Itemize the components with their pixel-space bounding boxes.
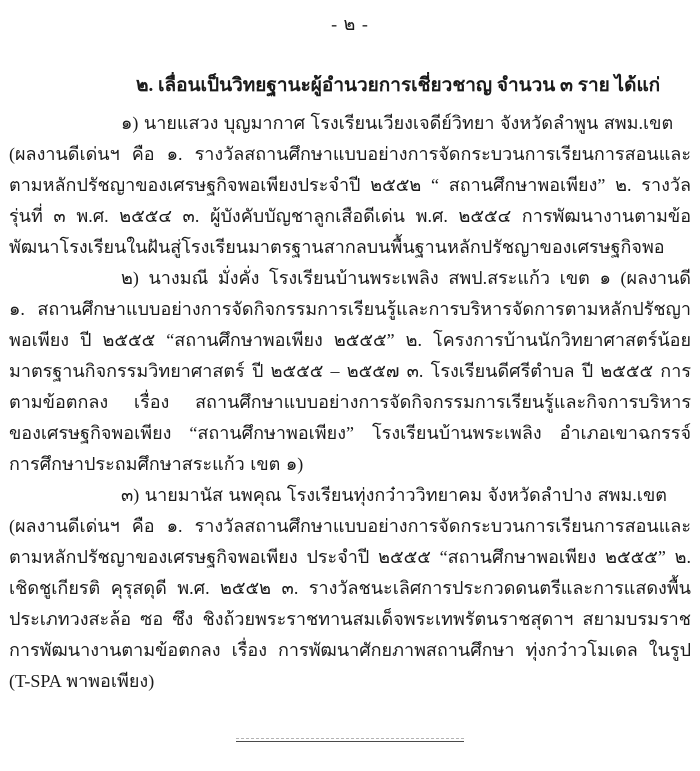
- text-line: ตามข้อตกลง เรื่อง สถานศึกษาแบบอย่างการจั…: [9, 387, 691, 418]
- text-line: ๑) นายแสวง บุญมากาศ โรงเรียนเวียงเจดีย์ว…: [9, 108, 691, 139]
- text-line: ตามหลักปรัชญาของเศรษฐกิจพอเพียงประจำปี ๒…: [9, 170, 691, 201]
- divider-rule: [236, 741, 464, 742]
- text-line: ประเภทวงสะล้อ ซอ ซึง ชิงถ้วยพระราชทานสมเ…: [9, 604, 691, 635]
- text-line: การพัฒนางานตามข้อตกลง เรื่อง การพัฒนาศัก…: [9, 635, 691, 666]
- text-line: (ผลงานดีเด่นฯ คือ ๑. รางวัลสถานศึกษาแบบอ…: [9, 511, 691, 542]
- text-line: การศึกษาประถมศึกษาสระแก้ว เขต ๑): [9, 449, 691, 480]
- body-text: ๑) นายแสวง บุญมากาศ โรงเรียนเวียงเจดีย์ว…: [9, 108, 691, 697]
- footer-divider: [236, 738, 464, 742]
- text-line: พอเพียง ปี ๒๕๕๕ “สถานศึกษาพอเพียง ๒๕๕๕” …: [9, 325, 691, 356]
- text-line: ของเศรษฐกิจพอเพียง “สถานศึกษาพอเพียง” โร…: [9, 418, 691, 449]
- text-line: มาตรฐานกิจกรรมวิทยาศาสตร์ ปี ๒๕๕๕ – ๒๕๕๗…: [9, 356, 691, 387]
- text-line: (ผลงานดีเด่นฯ คือ ๑. รางวัลสถานศึกษาแบบอ…: [9, 139, 691, 170]
- text-line: รุ่นที่ ๓ พ.ศ. ๒๕๕๔ ๓. ผู้บังคับบัญชาลูก…: [9, 201, 691, 232]
- text-line: (T-SPA พาพอเพียง): [9, 666, 691, 697]
- text-line: ๓) นายมานัส นพคุณ โรงเรียนทุ่งกว๋าววิทยา…: [9, 480, 691, 511]
- document-page: - ๒ - ๒. เลื่อนเป็นวิทยฐานะผู้อำนวยการเช…: [0, 0, 700, 771]
- page-number: - ๒ -: [9, 12, 691, 36]
- text-line: ตามหลักปรัชญาของเศรษฐกิจพอเพียง ประจำปี …: [9, 542, 691, 573]
- text-line: พัฒนาโรงเรียนในฝันสู่โรงเรียนมาตรฐานสากล…: [9, 232, 691, 263]
- text-line: เชิดชูเกียรติ คุรุสดุดี พ.ศ. ๒๕๕๒ ๓. ราง…: [9, 573, 691, 604]
- section-heading: ๒. เลื่อนเป็นวิทยฐานะผู้อำนวยการเชี่ยวชา…: [9, 72, 691, 100]
- text-line: ๑. สถานศึกษาแบบอย่างการจัดกิจกรรมการเรีย…: [9, 294, 691, 325]
- text-line: ๒) นางมณี มั่งคั่ง โรงเรียนบ้านพระเพลิง …: [9, 263, 691, 294]
